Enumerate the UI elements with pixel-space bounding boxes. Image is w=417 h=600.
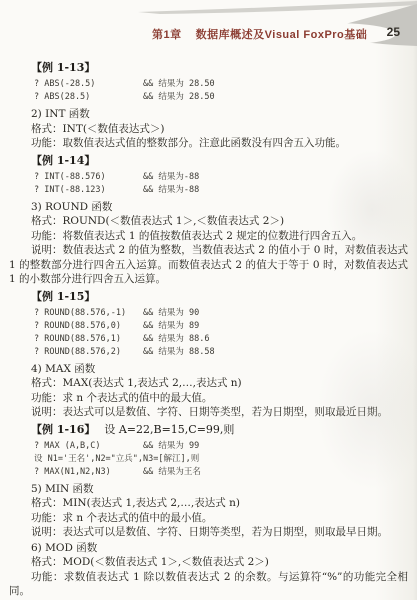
example-intro: 设 A=22,B=15,C=99,则	[104, 423, 234, 436]
section-heading-min: 5) MIN 函数	[9, 482, 408, 497]
code-comment: && 结果为 89	[143, 320, 199, 333]
format-line-max: 格式：MAX(表达式 1,表达式 2,…,表达式 n)	[9, 376, 408, 391]
code-line: ? ABS(-28.5) && 结果为 28.50	[9, 78, 408, 91]
code-line: ? MAX(N1,N2,N3) && 结果为王名	[9, 466, 408, 479]
example-label-1-15: 【例 1-15】	[9, 289, 408, 304]
example-label-1-16: 【例 1-16】设 A=22,B=15,C=99,则	[9, 422, 408, 437]
code-block-ex14: ? INT(-88.576) && 结果为-88 ? INT(-88.123) …	[9, 171, 408, 197]
code-command: ? ROUND(88.576,-1)	[34, 307, 143, 320]
book-page: 第1章数据库概述及Visual FoxPro基础 25 【例 1-13】 ? A…	[0, 0, 417, 600]
section-heading-int: 2) INT 函数	[9, 107, 408, 122]
code-comment: && 结果为 88.58	[143, 346, 215, 359]
code-line: ? ROUND(88.576,-1) && 结果为 90	[9, 307, 408, 320]
format-line-min: 格式：MIN(表达式 1,表达式 2,…,表达式 n)	[9, 496, 408, 511]
section-heading-mod: 6) MOD 函数	[9, 541, 408, 556]
code-line: ? ABS(28.5) && 结果为 28.50	[9, 91, 408, 104]
note-line-min: 说明：表达式可以是数值、字符、日期等类型，若为日期型，则取最早日期。	[9, 525, 408, 540]
code-line: ? INT(-88.123) && 结果为-88	[9, 184, 408, 197]
code-command: ? INT(-88.123)	[34, 184, 143, 197]
example-label-1-13: 【例 1-13】	[9, 60, 408, 75]
code-line: ? MAX (A,B,C) && 结果为 99	[9, 440, 408, 453]
format-line-int: 格式：INT(＜数值表达式＞)	[9, 122, 408, 137]
code-command: ? ROUND(88.576,2)	[34, 346, 143, 359]
code-command: ? ABS(-28.5)	[34, 78, 143, 91]
function-line-max: 功能：求 n 个表达式的值中的最大值。	[9, 391, 408, 406]
function-line-mod: 功能：求数值表达式 1 除以数值表达式 2 的余数。与运算符“%”的功能完全相同…	[9, 570, 408, 599]
format-line-mod: 格式：MOD(＜数值表达式 1＞,＜数值表达式 2＞)	[9, 555, 408, 570]
code-command: 设 N1='王名',N2="立兵",N3=[解江],则	[34, 453, 199, 466]
code-line: ? ROUND(88.576,2) && 结果为 88.58	[9, 346, 408, 359]
code-comment: && 结果为 99	[143, 440, 199, 453]
code-command: ? MAX(N1,N2,N3)	[34, 466, 143, 479]
code-comment: && 结果为 88.6	[143, 333, 209, 346]
function-line-min: 功能：求 n 个表达式的值中的最小值。	[9, 511, 408, 526]
code-comment: && 结果为-88	[143, 171, 199, 184]
code-line: ? INT(-88.576) && 结果为-88	[9, 171, 408, 184]
section-heading-max: 4) MAX 函数	[9, 362, 408, 377]
code-command: ? ABS(28.5)	[34, 91, 143, 104]
format-line-round: 格式：ROUND(＜数值表达式 1＞,＜数值表达式 2＞)	[9, 214, 408, 229]
example-label-1-14: 【例 1-14】	[9, 153, 408, 168]
page-number: 25	[387, 25, 400, 39]
code-command: ? MAX (A,B,C)	[34, 440, 143, 453]
note-line-max: 说明：表达式可以是数值、字符、日期等类型，若为日期型，则取最近日期。	[9, 405, 408, 420]
code-command: ? ROUND(88.576,1)	[34, 333, 143, 346]
code-command: ? ROUND(88.576,0)	[34, 320, 143, 333]
code-comment: && 结果为 28.50	[143, 91, 215, 104]
code-comment: && 结果为 28.50	[143, 78, 215, 91]
example-label: 【例 1-16】	[31, 423, 95, 436]
code-comment: && 结果为 90	[143, 307, 199, 320]
code-command: ? INT(-88.576)	[34, 171, 143, 184]
code-block-ex15: ? ROUND(88.576,-1) && 结果为 90 ? ROUND(88.…	[9, 307, 408, 359]
code-comment: && 结果为-88	[143, 184, 199, 197]
code-line: ? ROUND(88.576,1) && 结果为 88.6	[9, 333, 408, 346]
code-line: ? ROUND(88.576,0) && 结果为 89	[9, 320, 408, 333]
function-line-round: 功能：将数值表达式 1 的值按数值表达式 2 规定的位数进行四舍五入。	[9, 229, 408, 244]
section-heading-round: 3) ROUND 函数	[9, 200, 408, 215]
running-header: 第1章数据库概述及Visual FoxPro基础	[152, 26, 367, 42]
page-header: 第1章数据库概述及Visual FoxPro基础 25	[0, 0, 417, 56]
page-content: 【例 1-13】 ? ABS(-28.5) && 结果为 28.50 ? ABS…	[9, 58, 408, 599]
code-block-ex13: ? ABS(-28.5) && 结果为 28.50 ? ABS(28.5) &&…	[9, 78, 408, 104]
chapter-number: 第1章	[152, 29, 182, 41]
code-line: 设 N1='王名',N2="立兵",N3=[解江],则	[9, 453, 408, 466]
code-block-ex16: ? MAX (A,B,C) && 结果为 99 设 N1='王名',N2="立兵…	[9, 440, 408, 479]
chapter-title: 数据库概述及Visual FoxPro基础	[196, 29, 368, 41]
function-line-int: 功能：取数值表达式值的整数部分。注意此函数没有四舍五入功能。	[9, 136, 408, 151]
code-comment: && 结果为王名	[143, 466, 201, 479]
note-line-round: 说明：数值表达式 2 的值为整数，当数值表达式 2 的值小于 0 时，对数值表达…	[9, 243, 408, 287]
